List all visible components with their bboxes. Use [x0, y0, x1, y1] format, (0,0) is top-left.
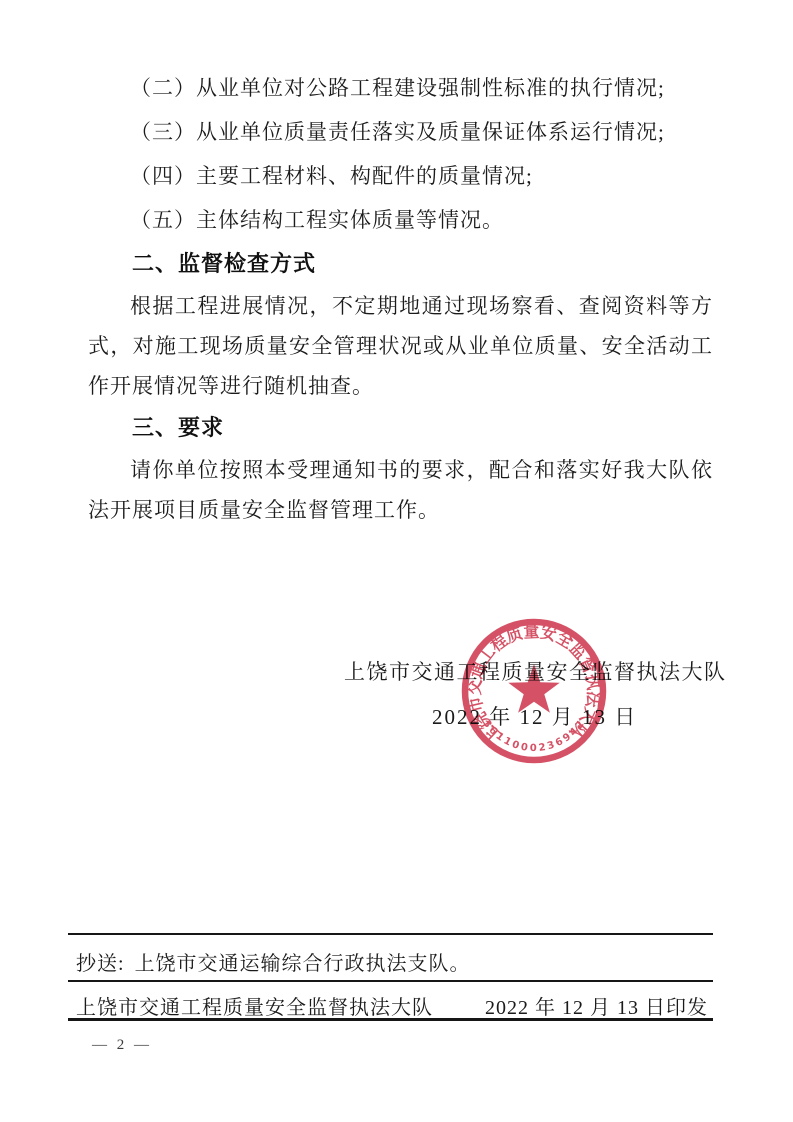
cc-value: 上饶市交通运输综合行政执法支队。 — [135, 953, 471, 975]
list-item-2: （二）从业单位对公路工程建设强制性标准的执行情况; — [88, 66, 713, 110]
document-page: （二）从业单位对公路工程建设强制性标准的执行情况; （三）从业单位质量责任落实及… — [0, 0, 793, 1122]
section-body-supervision-method: 根据工程进展情况，不定期地通过现场察看、查阅资料等方式，对施工现场质量安全管理状… — [88, 286, 713, 406]
issue-date: 2022 年 12 月 13 日印发 — [485, 991, 708, 1020]
list-item-3: （三）从业单位质量责任落实及质量保证体系运行情况; — [88, 110, 713, 154]
section-heading-requirements: 三、要求 — [88, 406, 713, 450]
issuer-name: 上饶市交通工程质量安全监督执法大队 — [76, 991, 433, 1020]
footer-rule-middle — [68, 980, 713, 982]
list-item-5: （五）主体结构工程实体质量等情况。 — [88, 198, 713, 242]
cc-label: 抄送: — [76, 953, 125, 975]
cc-line: 抄送:上饶市交通运输综合行政执法支队。 — [76, 947, 471, 976]
footer-rule-bottom — [68, 1018, 713, 1021]
section-heading-supervision-method: 二、监督检查方式 — [88, 242, 713, 286]
official-seal: 上饶市交通工程质量安全监督执法大队 3611000236942 — [454, 611, 614, 771]
list-item-4: （四）主要工程材料、构配件的质量情况; — [88, 154, 713, 198]
document-body: （二）从业单位对公路工程建设强制性标准的执行情况; （三）从业单位质量责任落实及… — [88, 66, 713, 530]
page-number: — 2 — — [92, 1037, 152, 1054]
seal-star-icon — [508, 664, 559, 713]
section-body-requirements: 请你单位按照本受理通知书的要求，配合和落实好我大队依法开展项目质量安全监督管理工… — [88, 450, 713, 530]
footer-rule-top — [68, 933, 713, 935]
issue-line: 上饶市交通工程质量安全监督执法大队 2022 年 12 月 13 日印发 — [76, 991, 708, 1020]
